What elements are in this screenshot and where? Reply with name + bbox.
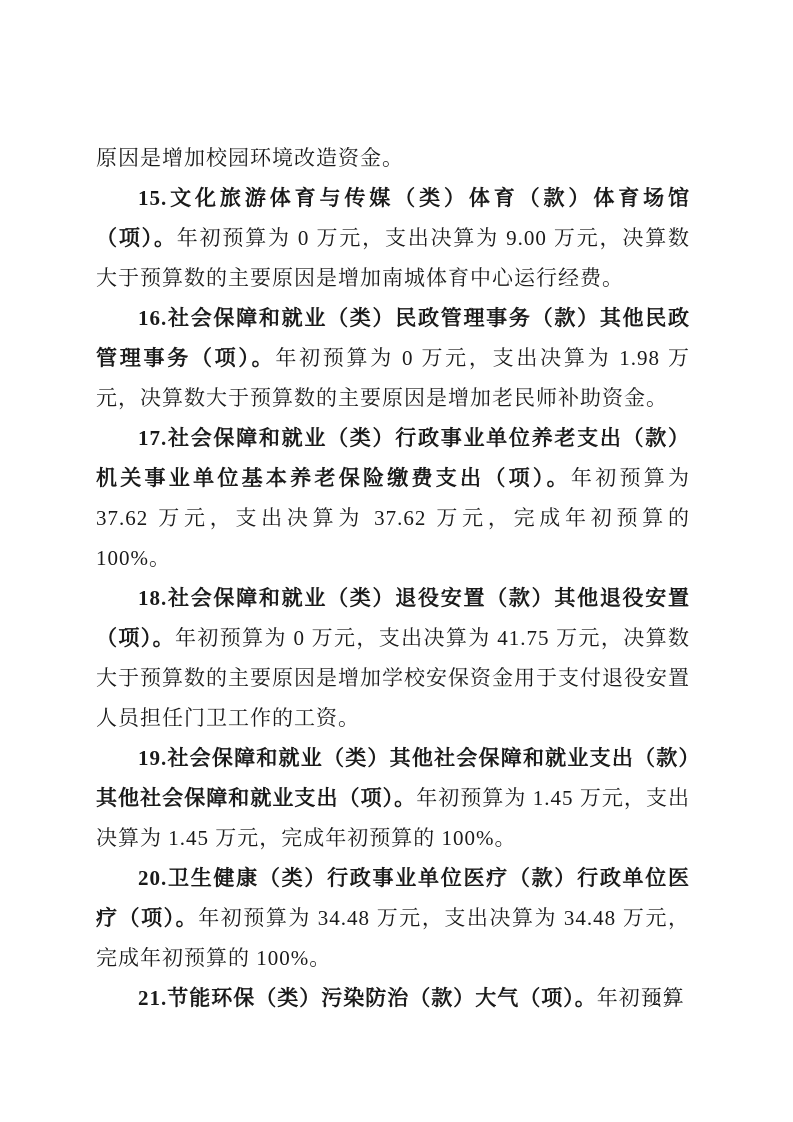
budget-item-paragraph: 21.节能环保（类）污染防治（款）大气（项）。年初预算	[96, 978, 690, 1018]
continuation-paragraph: 原因是增加校园环境改造资金。	[96, 138, 690, 178]
budget-item-paragraph: 18.社会保障和就业（类）退役安置（款）其他退役安置（项）。年初预算为 0 万元…	[96, 578, 690, 738]
page-number: -27-	[628, 990, 698, 1010]
budget-item-heading: 21.节能环保（类）污染防治（款）大气（项）。	[138, 986, 597, 1010]
document-body: 原因是增加校园环境改造资金。 15.文化旅游体育与传媒（类）体育（款）体育场馆（…	[96, 138, 690, 1018]
budget-item-body: 年初预算为 0 万元，支出决算为 9.00 万元，决算数大于预算数的主要原因是增…	[96, 226, 690, 290]
budget-item-paragraph: 19.社会保障和就业（类）其他社会保障和就业支出（款）其他社会保障和就业支出（项…	[96, 738, 690, 858]
budget-item-paragraph: 20.卫生健康（类）行政事业单位医疗（款）行政单位医疗（项）。年初预算为 34.…	[96, 858, 690, 978]
budget-item-paragraph: 16.社会保障和就业（类）民政管理事务（款）其他民政管理事务（项）。年初预算为 …	[96, 298, 690, 418]
document-page: 原因是增加校园环境改造资金。 15.文化旅游体育与传媒（类）体育（款）体育场馆（…	[0, 0, 793, 1122]
budget-items-list: 15.文化旅游体育与传媒（类）体育（款）体育场馆（项）。年初预算为 0 万元，支…	[96, 178, 690, 1018]
budget-item-paragraph: 15.文化旅游体育与传媒（类）体育（款）体育场馆（项）。年初预算为 0 万元，支…	[96, 178, 690, 298]
budget-item-paragraph: 17.社会保障和就业（类）行政事业单位养老支出（款）机关事业单位基本养老保险缴费…	[96, 418, 690, 578]
budget-item-body: 年初预算为 0 万元，支出决算为 41.75 万元，决算数大于预算数的主要原因是…	[96, 626, 690, 730]
